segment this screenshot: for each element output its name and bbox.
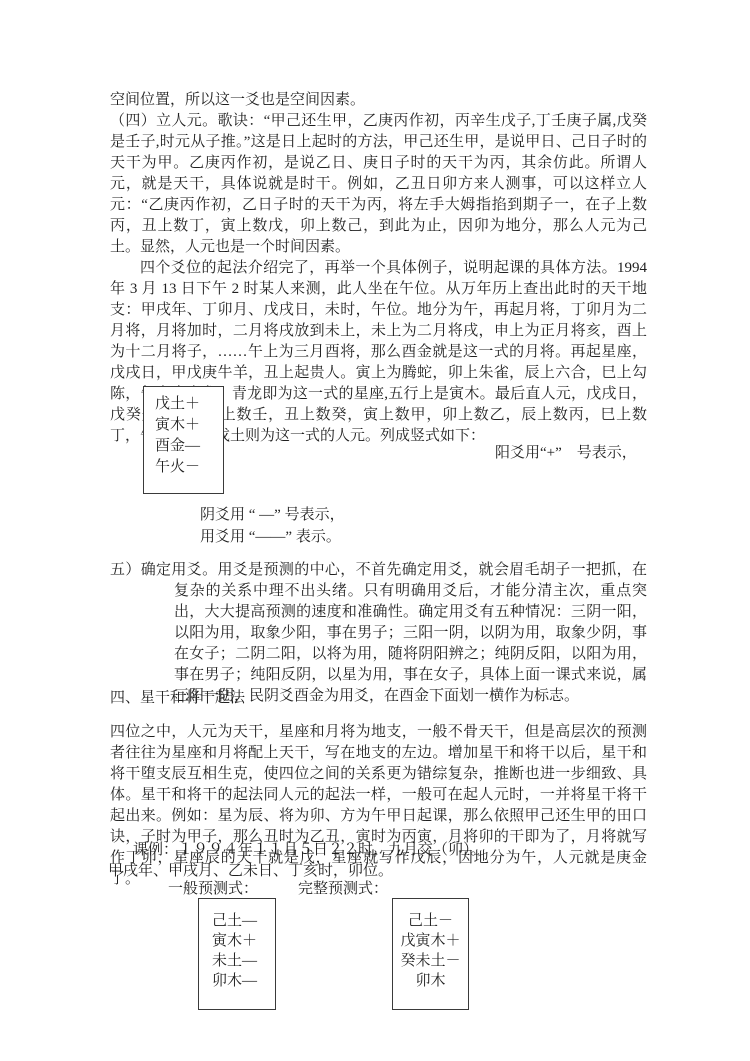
vertical-formula-box: 戊土＋ 寅木＋ 酉金— 午火－ xyxy=(143,386,224,494)
section-heading: 四、星干和将干起法 xyxy=(110,686,245,707)
label-complete-form: 完整预测式： xyxy=(298,877,388,898)
yao-line: 卯木— xyxy=(212,971,275,991)
case-example-line: 课例：１９９４年１１月５日２２时，九月交（卯）。 xyxy=(133,838,486,859)
yang-yao-note: 阳爻用“+” 号表示， xyxy=(495,441,637,462)
general-form-box: 己土— 寅木＋ 未土— 卯木— xyxy=(198,898,276,1010)
label-general-form: 一般预测式： xyxy=(168,877,258,898)
yao-line: 午火－ xyxy=(155,457,223,478)
yao-line: 卯木 xyxy=(393,971,468,991)
complete-form-box: 己土－ 戊寅木＋ 癸未土－ 卯木 xyxy=(392,898,469,1010)
yong-yao-note: 用爻用 “——” 表示。 xyxy=(200,525,341,546)
yin-yao-note: 阴爻用 “ —” 号表示， xyxy=(200,503,345,524)
document-page: 空间位置，所以这一爻也是空间因素。 （四）立人元。歌诀：“甲己还生甲，乙庚丙作初… xyxy=(0,0,750,1061)
paragraph-li-renyuan: （四）立人元。歌诀：“甲己还生甲，乙庚丙作初，丙辛生戊子,丁壬庚子属,戊癸是壬子… xyxy=(110,111,647,258)
yao-line: 寅木＋ xyxy=(212,931,275,951)
yao-line: 未土— xyxy=(212,951,275,971)
paragraph-yongyao: 五）确定用爻。用爻是预测的中心，不首先确定用爻，就会眉毛胡子一把抓，在复杂的关系… xyxy=(110,560,647,707)
yao-line: 酉金— xyxy=(155,436,223,457)
yao-line: 戊寅木＋ xyxy=(393,931,468,951)
yao-line: 寅木＋ xyxy=(155,415,223,436)
yao-line: 己土— xyxy=(212,911,275,931)
yao-line: 己土－ xyxy=(393,911,468,931)
yao-line: 戊土＋ xyxy=(155,394,223,415)
paragraph-space-position: 空间位置，所以这一爻也是空间因素。 xyxy=(110,90,647,111)
yao-line: 癸未土－ xyxy=(393,951,468,971)
